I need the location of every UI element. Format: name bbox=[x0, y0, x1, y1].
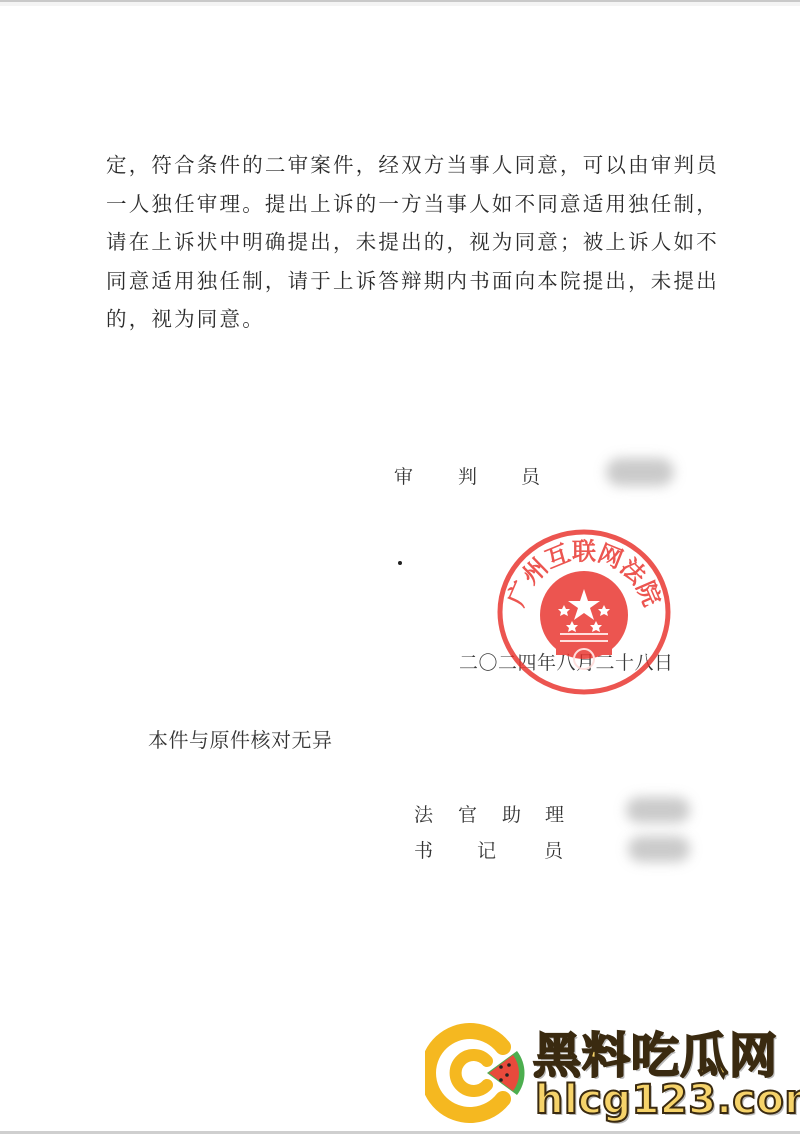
page-top-shade bbox=[0, 2, 800, 6]
body-line: 同意适用独任制，请于上诉答辩期内书面向本院提出，未提出 bbox=[106, 262, 706, 301]
copy-verification-note: 本件与原件核对无异 bbox=[148, 724, 333, 753]
judge-label-char: 判 bbox=[458, 462, 477, 489]
clerk-label-char: 书 bbox=[414, 836, 433, 863]
stray-dot bbox=[398, 561, 402, 565]
body-line: 请在上诉状中明确提出，未提出的，视为同意；被上诉人如不 bbox=[106, 223, 706, 262]
site-watermark: 黑料吃瓜网 hlcg123.com bbox=[425, 1015, 795, 1127]
assistant-label-char: 官 bbox=[458, 800, 477, 827]
judge-label-char: 审 bbox=[394, 462, 413, 489]
watermark-url: hlcg123.com bbox=[535, 1077, 800, 1123]
body-line: 一人独任审理。提出上诉的一方当事人如不同意适用独任制， bbox=[106, 185, 706, 224]
clerk-label-char: 员 bbox=[544, 836, 563, 863]
assistant-label-char: 理 bbox=[545, 800, 564, 827]
assistant-name-redacted bbox=[626, 797, 690, 823]
assistant-label-char: 法 bbox=[414, 800, 433, 827]
judge-label-char: 员 bbox=[521, 462, 540, 489]
watermelon-logo-icon bbox=[425, 1023, 525, 1123]
watermark-title: 黑料吃瓜网 bbox=[533, 1017, 778, 1086]
clerk-label: 书 记 员 bbox=[414, 836, 574, 860]
body-line: 的，视为同意。 bbox=[106, 300, 706, 339]
judge-name-redacted bbox=[606, 458, 674, 486]
clerk-name-redacted bbox=[628, 836, 690, 862]
judge-label: 审 判 员 bbox=[394, 462, 544, 486]
court-seal-icon: 广州互联网法院 bbox=[494, 527, 674, 697]
body-paragraph: 定，符合条件的二审案件，经双方当事人同意，可以由审判员 一人独任审理。提出上诉的… bbox=[106, 146, 706, 339]
assistant-label-char: 助 bbox=[502, 800, 521, 827]
clerk-label-char: 记 bbox=[477, 836, 496, 863]
judge-assistant-label: 法 官 助 理 bbox=[414, 800, 574, 824]
body-line: 定，符合条件的二审案件，经双方当事人同意，可以由审判员 bbox=[106, 146, 706, 185]
